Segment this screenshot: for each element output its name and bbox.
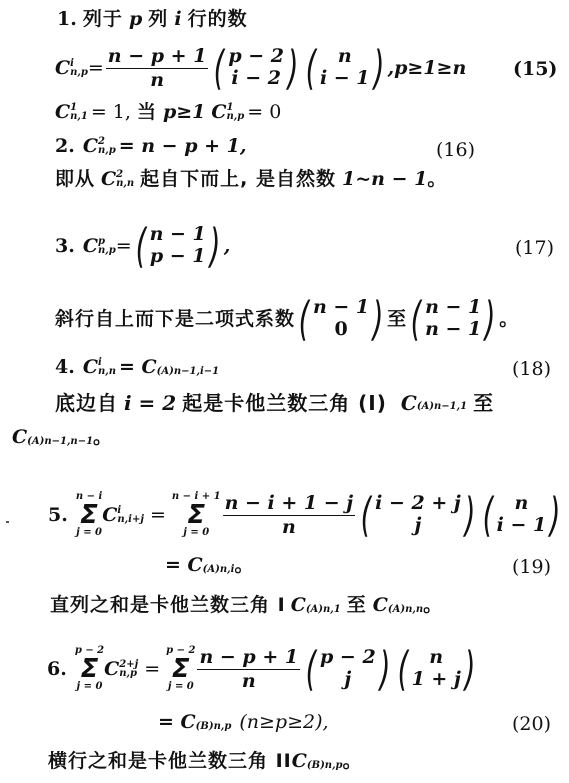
equation-number: (18) bbox=[512, 358, 551, 380]
binomial: (n − 10) bbox=[295, 296, 387, 342]
binomial: (n1 + j) bbox=[394, 646, 479, 692]
item-number: 2. bbox=[55, 137, 75, 156]
item-number: 4. bbox=[55, 358, 75, 377]
item-6-text: 横行之和是卡他兰数三角 II C (B)n,p 。 bbox=[48, 752, 363, 771]
equation-number: (20) bbox=[512, 713, 551, 735]
binomial: (p − 2j) bbox=[302, 646, 394, 692]
summation: n − iΣj = 0 bbox=[76, 492, 102, 538]
equation-number: (17) bbox=[515, 237, 554, 259]
binomial: (ni − 1) bbox=[302, 45, 388, 91]
summation: p − 2Σj = 0 bbox=[166, 646, 195, 692]
summation: p − 2Σj = 0 bbox=[75, 646, 104, 692]
equation-19-line1: 5. n − iΣj = 0 C in,i+j = n − i + 1Σj = … bbox=[48, 478, 564, 552]
equation-number: (19) bbox=[512, 556, 551, 578]
equation-19-line2: = C (A)n,i 。 bbox=[165, 556, 254, 575]
equation-20-line2: = C (B)n,p (n≥p≥2), bbox=[158, 713, 329, 732]
equation-15: C in,p = n − p + 1n (p − 2i − 2) (ni − 1… bbox=[55, 36, 466, 100]
item-5-text: 直列之和是卡他兰数三角 I C (A)n,1 至 C (A)n,n 。 bbox=[50, 596, 443, 615]
item-1-heading: 1. 列于 p 列 i 行的数 bbox=[57, 10, 248, 29]
equation-17: 3. C pn,p = (n − 1p − 1) , bbox=[55, 215, 230, 277]
summation: n − i + 1Σj = 0 bbox=[172, 492, 221, 538]
equation-number: (16) bbox=[436, 139, 475, 161]
binomial: (n − 1p − 1) bbox=[132, 223, 224, 269]
binomial: (p − 2i − 2) bbox=[210, 45, 302, 91]
item-1-note: C 1n,1 = 1, 当 p≥1 C 1n,p = 0 bbox=[55, 103, 281, 122]
item-number: 3. bbox=[55, 237, 75, 256]
fraction: n − i + 1 − jn bbox=[223, 494, 356, 537]
scan-speck bbox=[6, 521, 9, 523]
fraction: n − p + 1n bbox=[197, 648, 300, 691]
binomial: (i − 2 + jj) bbox=[357, 492, 479, 538]
equation-18: 4. C in,n = C (A)n−1,i−1 bbox=[55, 358, 219, 377]
item-2-text: 即从 C 2n,n 起自下而上, 是自然数 1~n − 1 。 bbox=[55, 170, 447, 189]
item-4-text: 底边自 i = 2 起是卡他兰数三角 (I) C (A)n−1,1 至 bbox=[55, 393, 494, 413]
equation-16: 2. C 2n,p = n − p + 1, bbox=[55, 137, 247, 156]
item-3-text: 斜行自上而下是二项式系数 (n − 10) 至 (n − 1n − 1) 。 bbox=[55, 288, 519, 350]
item-4-text-cont: C (A)n−1,n−1 。 bbox=[12, 428, 113, 447]
equation-20-line1: 6. p − 2Σj = 0 C 2+jn,p = p − 2Σj = 0 n … bbox=[47, 634, 479, 704]
item-number: 5. bbox=[48, 506, 68, 525]
equation-number: (15) bbox=[513, 58, 557, 80]
binomial: (n − 1n − 1) bbox=[407, 296, 499, 342]
item-number: 1. bbox=[57, 8, 77, 30]
binomial: (ni − 1) bbox=[479, 492, 565, 538]
fraction: n − p + 1n bbox=[106, 47, 209, 90]
item-number: 6. bbox=[47, 660, 67, 679]
